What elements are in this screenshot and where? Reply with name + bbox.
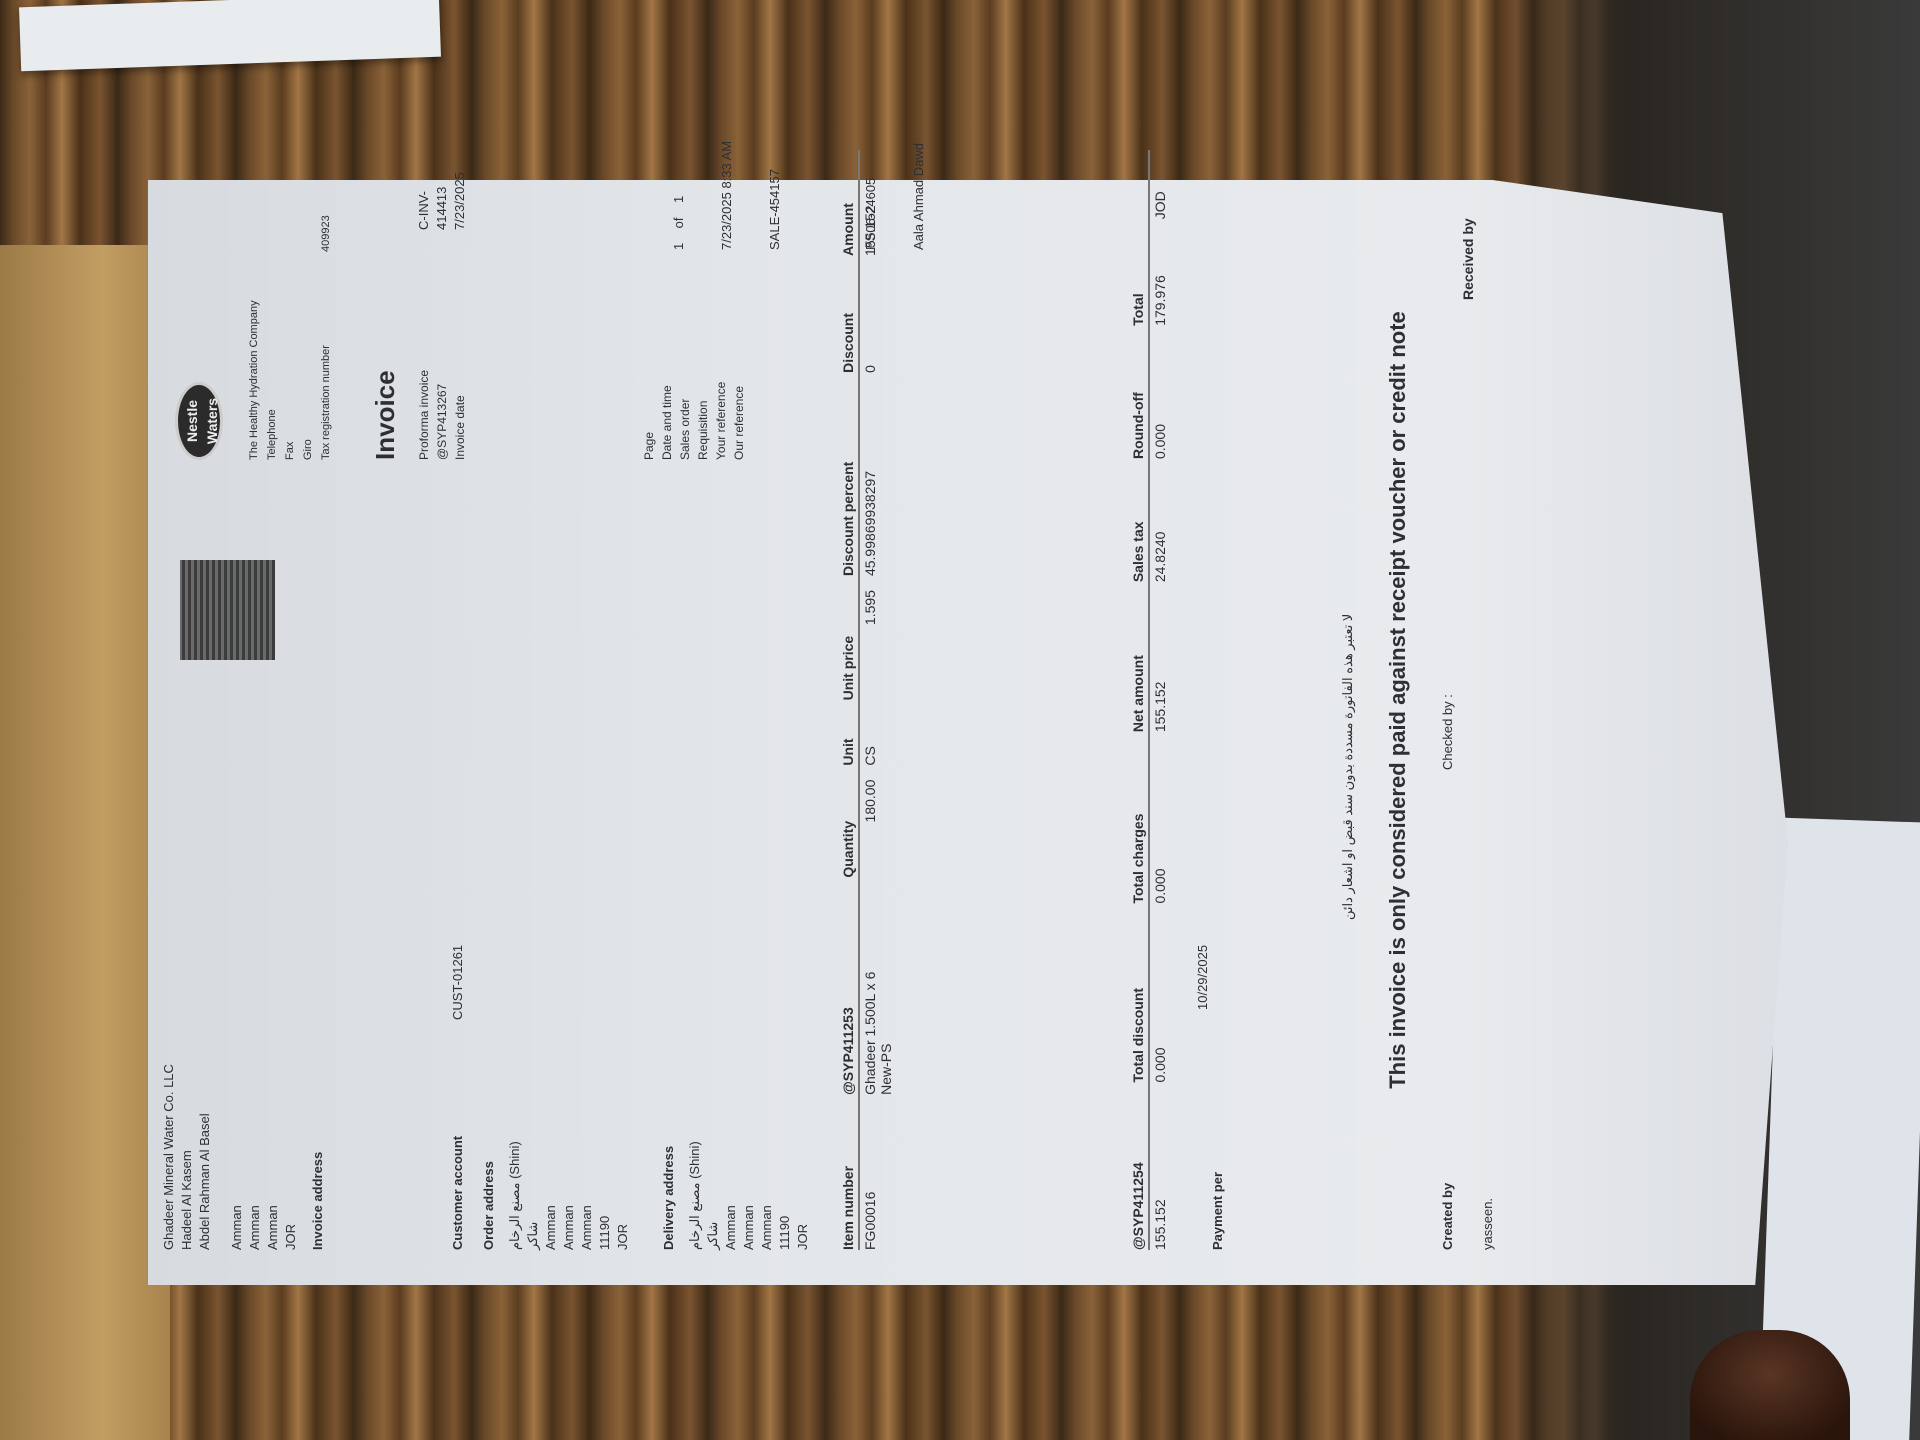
delivery-address: Delivery address مصنع الرخام (Shini) شاك… xyxy=(660,1141,812,1250)
background-paper xyxy=(19,0,441,71)
col-total-charges: Total charges xyxy=(1130,732,1149,903)
meta-value: SALE-454157 xyxy=(766,141,784,250)
customer-account-value: CUST-01261 xyxy=(450,945,465,1020)
checked-by-label: Checked by : xyxy=(1440,694,1455,770)
tax-value: 409923 xyxy=(320,215,332,252)
company-address-line: Amman xyxy=(264,1064,282,1250)
address-line: مصنع الرخام (Shini) xyxy=(686,1141,704,1250)
meta-label: Sales order xyxy=(676,382,694,460)
currency: JOD xyxy=(1149,150,1168,219)
round-off-value: 0.000 xyxy=(1149,326,1168,459)
meta-label: Date and time xyxy=(658,382,676,460)
order-address: Order address مصنع الرخام (Shini) شاكر A… xyxy=(480,1141,632,1250)
created-by-label: Created by xyxy=(1440,1183,1455,1250)
invoice-date-value: 7/23/2025 xyxy=(451,150,469,230)
subtotal-value: 155.152 xyxy=(1149,1083,1168,1250)
grand-total-value: 179.976 xyxy=(1149,219,1168,325)
company-block: Ghadeer Mineral Water Co. LLC Hadeel Al … xyxy=(160,1064,300,1250)
col-unit-price: Unit price xyxy=(840,576,859,700)
address-line: مصنع الرخام (Shini) xyxy=(506,1141,524,1250)
proforma-label: Proforma invoice xyxy=(415,370,433,460)
tax-label: Tax registration number xyxy=(320,345,332,460)
col-subtotal: @SYP411254 xyxy=(1130,1083,1149,1250)
company-address-line: Amman xyxy=(246,1064,264,1250)
line-items-table: Item number @SYP411253 Quantity Unit Uni… xyxy=(840,150,894,1250)
meta-value: 1 of 1 xyxy=(670,141,688,250)
total-discount-value: 0.000 xyxy=(1149,904,1168,1083)
table-row: FG00016 Ghadeer 1.500L x 6New-PS 180.00 … xyxy=(859,150,894,1250)
meta-value: Aala Ahmad Dawd xyxy=(910,141,928,250)
address-line: Amman xyxy=(758,1141,776,1250)
address-line: 11190 xyxy=(596,1141,614,1250)
col-item-number: Item number xyxy=(840,1095,859,1250)
col-amount: Amount xyxy=(840,150,859,256)
col-round-off: Round-off xyxy=(1130,326,1149,459)
address-line: Amman xyxy=(740,1141,758,1250)
cardboard-folder xyxy=(0,245,170,1440)
order-address-label: Order address xyxy=(480,1141,498,1250)
company-contact: The Healthy Hydration Company Telephone … xyxy=(245,215,335,460)
totals-row: 155.152 0.000 0.000 155.152 24.8240 0.00… xyxy=(1149,150,1168,1250)
customer-account-label: Customer account xyxy=(450,1136,465,1250)
col-discount-percent: Discount percent xyxy=(840,373,859,576)
item-number: FG00016 xyxy=(859,1095,894,1250)
received-by-label: Received by xyxy=(1460,218,1476,300)
nestle-waters-logo: Nestle Waters xyxy=(175,382,223,460)
invoice-id-values: C-INV-414413 7/23/2025 xyxy=(415,150,469,230)
sales-tax-value: 24.8240 xyxy=(1149,459,1168,582)
proforma-value: C-INV-414413 xyxy=(415,150,451,230)
address-line: Amman xyxy=(542,1141,560,1250)
col-total-discount: Total discount xyxy=(1130,904,1149,1083)
company-tagline: The Healthy Hydration Company xyxy=(245,215,263,460)
fax-label: Fax xyxy=(281,215,299,460)
qr-code xyxy=(180,560,275,660)
totals-table: @SYP411254 Total discount Total charges … xyxy=(1130,150,1168,1250)
company-address-line: JOR xyxy=(282,1064,300,1250)
invoice-date-label: Invoice date xyxy=(451,370,469,460)
ref-label: @SYP413267 xyxy=(433,370,451,460)
telephone-label: Telephone xyxy=(263,215,281,460)
item-amount: 155.152 xyxy=(859,150,894,256)
company-name: Ghadeer Mineral Water Co. LLC xyxy=(160,1064,178,1250)
col-discount: Discount xyxy=(840,256,859,373)
col-net-amount: Net amount xyxy=(1130,582,1149,732)
created-by-value: yasseen. xyxy=(1480,1198,1495,1250)
address-line: Amman xyxy=(578,1141,596,1250)
meta-value: 7/23/2025 8:33 AM xyxy=(718,141,736,250)
col-unit: Unit xyxy=(840,700,859,765)
delivery-address-label: Delivery address xyxy=(660,1141,678,1250)
thumb xyxy=(1690,1330,1850,1440)
meta-label: Page xyxy=(640,382,658,460)
col-sales-tax: Sales tax xyxy=(1130,459,1149,582)
item-discount: 0 xyxy=(859,256,894,373)
address-line: شاكر xyxy=(524,1141,542,1250)
invoice-content: Ghadeer Mineral Water Co. LLC Hadeel Al … xyxy=(150,150,1550,1250)
invoice-title: Invoice xyxy=(370,370,401,460)
col-quantity: Quantity xyxy=(840,766,859,878)
arabic-payment-note: لا تعتبر هذه الفاتورة مسددة بدون سند قبض… xyxy=(1340,614,1356,920)
item-description: Ghadeer 1.500L x 6New-PS xyxy=(859,878,894,1095)
company-line3: Abdel Rahman Al Basel xyxy=(196,1064,214,1250)
payment-per-label: Payment per xyxy=(1210,1172,1225,1250)
meta-label: Requisition xyxy=(694,382,712,460)
col-description: @SYP411253 xyxy=(840,878,859,1095)
address-line: Amman xyxy=(722,1141,740,1250)
item-unit: CS xyxy=(859,700,894,765)
address-line: شاكر xyxy=(704,1141,722,1250)
invoice-meta-labels: Page Date and time Sales order Requisiti… xyxy=(640,382,748,460)
address-line: Amman xyxy=(560,1141,578,1250)
total-charges-value: 0.000 xyxy=(1149,732,1168,903)
invoice-meta-values: 1 of 1 7/23/2025 8:33 AM SALE-454157 PS0… xyxy=(640,141,958,250)
address-line: JOR xyxy=(614,1141,632,1250)
meta-value xyxy=(814,141,832,250)
meta-label: Our reference xyxy=(730,382,748,460)
net-amount-value: 155.152 xyxy=(1149,582,1168,732)
payment-per-value: 10/29/2025 xyxy=(1195,945,1210,1010)
company-line2: Hadeel Al Kasem xyxy=(178,1064,196,1250)
address-line: 11190 xyxy=(776,1141,794,1250)
giro-label: Giro xyxy=(299,215,317,460)
payment-note: This invoice is only considered paid aga… xyxy=(1385,150,1411,1250)
totals-header-row: @SYP411254 Total discount Total charges … xyxy=(1130,150,1149,1250)
table-header-row: Item number @SYP411253 Quantity Unit Uni… xyxy=(840,150,859,1250)
item-quantity: 180.00 xyxy=(859,766,894,878)
address-line: JOR xyxy=(794,1141,812,1250)
company-address-line: Amman xyxy=(228,1064,246,1250)
col-total: Total xyxy=(1130,219,1149,325)
invoice-address-label: Invoice address xyxy=(310,1152,325,1250)
invoice-ids: Proforma invoice @SYP413267 Invoice date xyxy=(415,370,469,460)
meta-label: Your reference xyxy=(712,382,730,460)
item-discount-percent: 45.99869938297 xyxy=(859,373,894,576)
item-unit-price: 1.595 xyxy=(859,576,894,700)
